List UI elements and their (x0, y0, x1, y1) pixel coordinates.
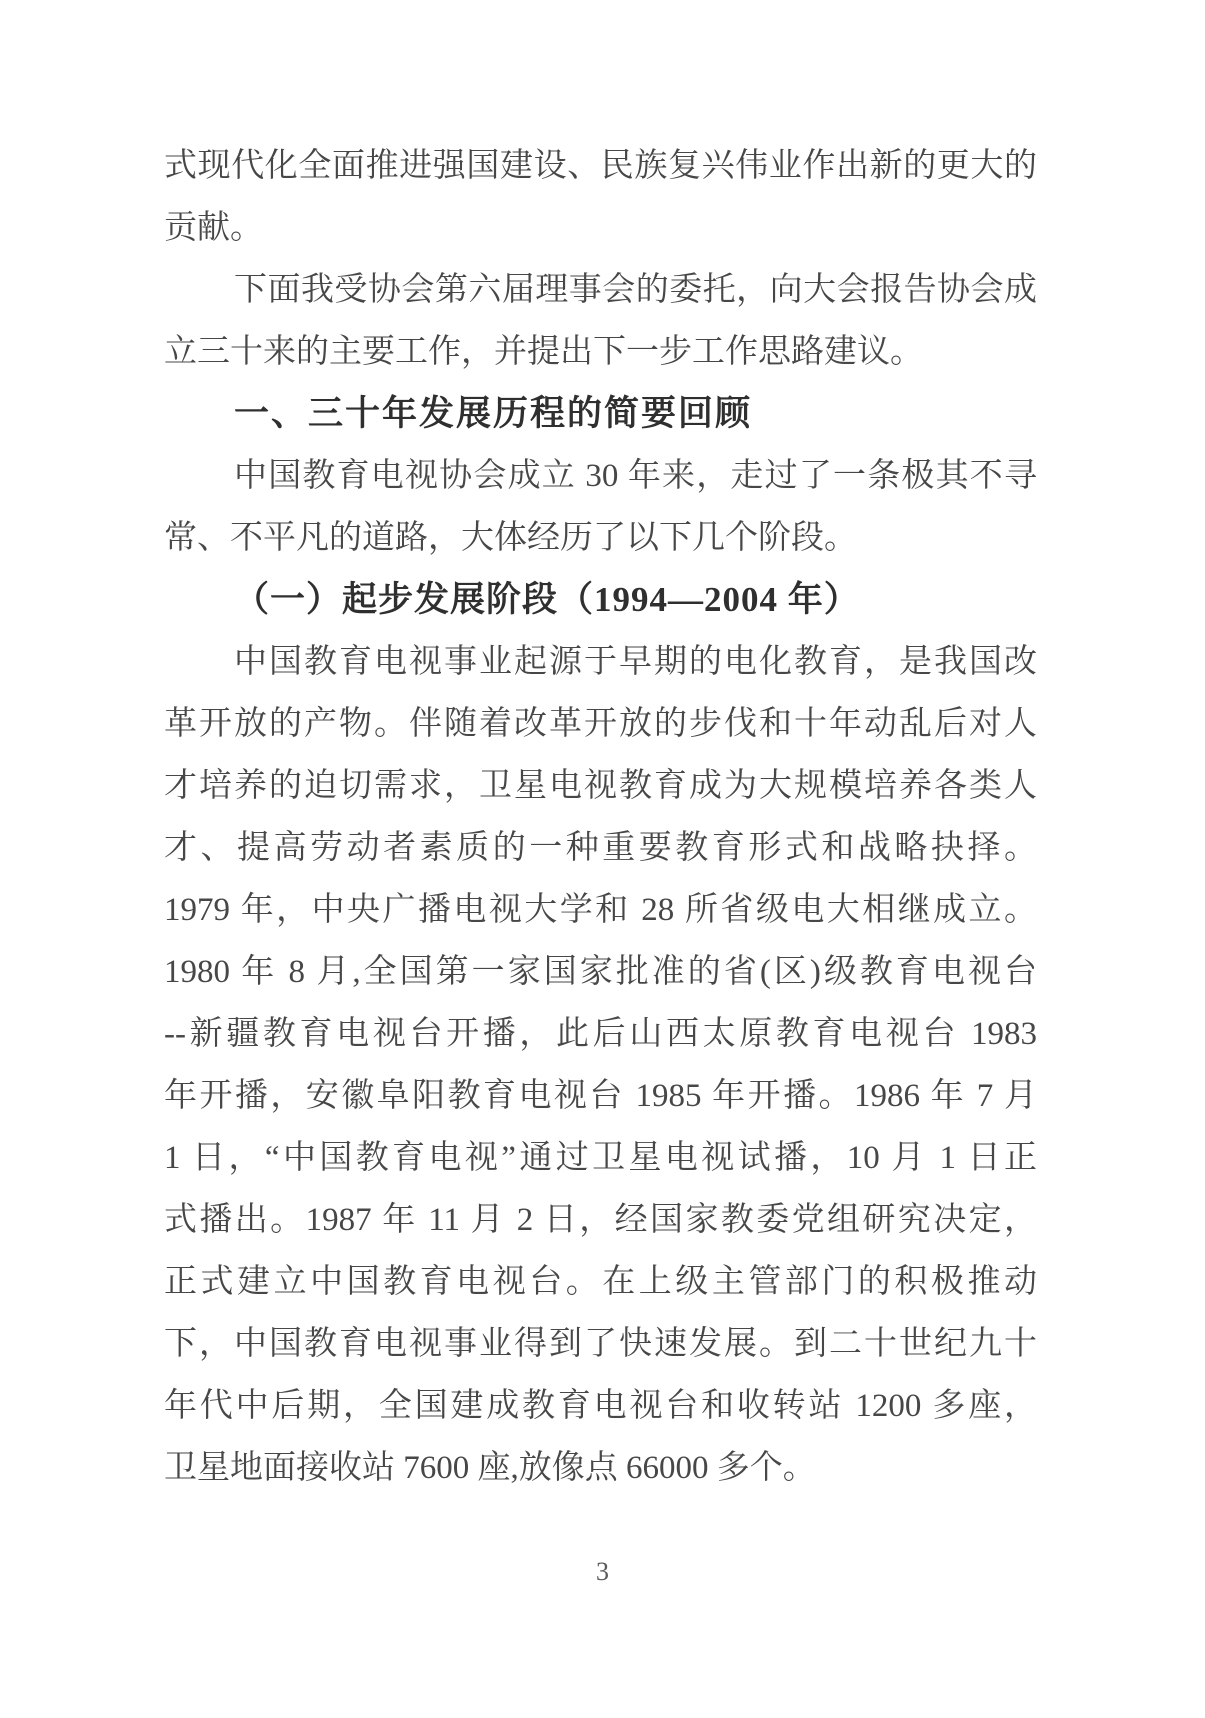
text-line: 式播出。1987 年 11 月 2 日，经国家教委党组研究决定， (164, 1189, 1037, 1251)
section-heading: 一、三十年发展历程的简要回顾 (164, 383, 1037, 445)
text-line: 才、提高劳动者素质的一种重要教育形式和战略抉择。 (164, 817, 1037, 879)
page-number: 3 (0, 1552, 1205, 1592)
text-line: 下面我受协会第六届理事会的委托，向大会报告协会成 (164, 259, 1037, 321)
text-line: 年开播，安徽阜阳教育电视台 1985 年开播。1986 年 7 月 (164, 1065, 1037, 1127)
text-line: 革开放的产物。伴随着改革开放的步伐和十年动乱后对人 (164, 693, 1037, 755)
text-line: 1980 年 8 月,全国第一家国家批准的省(区)级教育电视台 (164, 941, 1037, 1003)
subsection-heading: （一）起步发展阶段（1994—2004 年） (164, 569, 1037, 631)
text-line: 卫星地面接收站 7600 座,放像点 66000 多个。 (164, 1437, 1037, 1499)
text-line: 中国教育电视协会成立 30 年来，走过了一条极其不寻 (164, 445, 1037, 507)
text-line: 贡献。 (164, 197, 1037, 259)
text-line: 1979 年，中央广播电视大学和 28 所省级电大相继成立。 (164, 879, 1037, 941)
text-line: 中国教育电视事业起源于早期的电化教育，是我国改 (164, 631, 1037, 693)
text-line: 下，中国教育电视事业得到了快速发展。到二十世纪九十 (164, 1313, 1037, 1375)
document-page: 式现代化全面推进强国建设、民族复兴伟业作出新的更大的 贡献。 下面我受协会第六届… (0, 0, 1205, 1718)
text-line: 正式建立中国教育电视台。在上级主管部门的积极推动 (164, 1251, 1037, 1313)
text-line: 1 日，“中国教育电视”通过卫星电视试播，10 月 1 日正 (164, 1127, 1037, 1189)
text-line: 常、不平凡的道路，大体经历了以下几个阶段。 (164, 507, 1037, 569)
text-line: --新疆教育电视台开播，此后山西太原教育电视台 1983 (164, 1003, 1037, 1065)
document-body: 式现代化全面推进强国建设、民族复兴伟业作出新的更大的 贡献。 下面我受协会第六届… (164, 135, 1037, 1499)
text-line: 式现代化全面推进强国建设、民族复兴伟业作出新的更大的 (164, 135, 1037, 197)
text-line: 年代中后期，全国建成教育电视台和收转站 1200 多座， (164, 1375, 1037, 1437)
text-line: 才培养的迫切需求，卫星电视教育成为大规模培养各类人 (164, 755, 1037, 817)
text-line: 立三十来的主要工作，并提出下一步工作思路建议。 (164, 321, 1037, 383)
